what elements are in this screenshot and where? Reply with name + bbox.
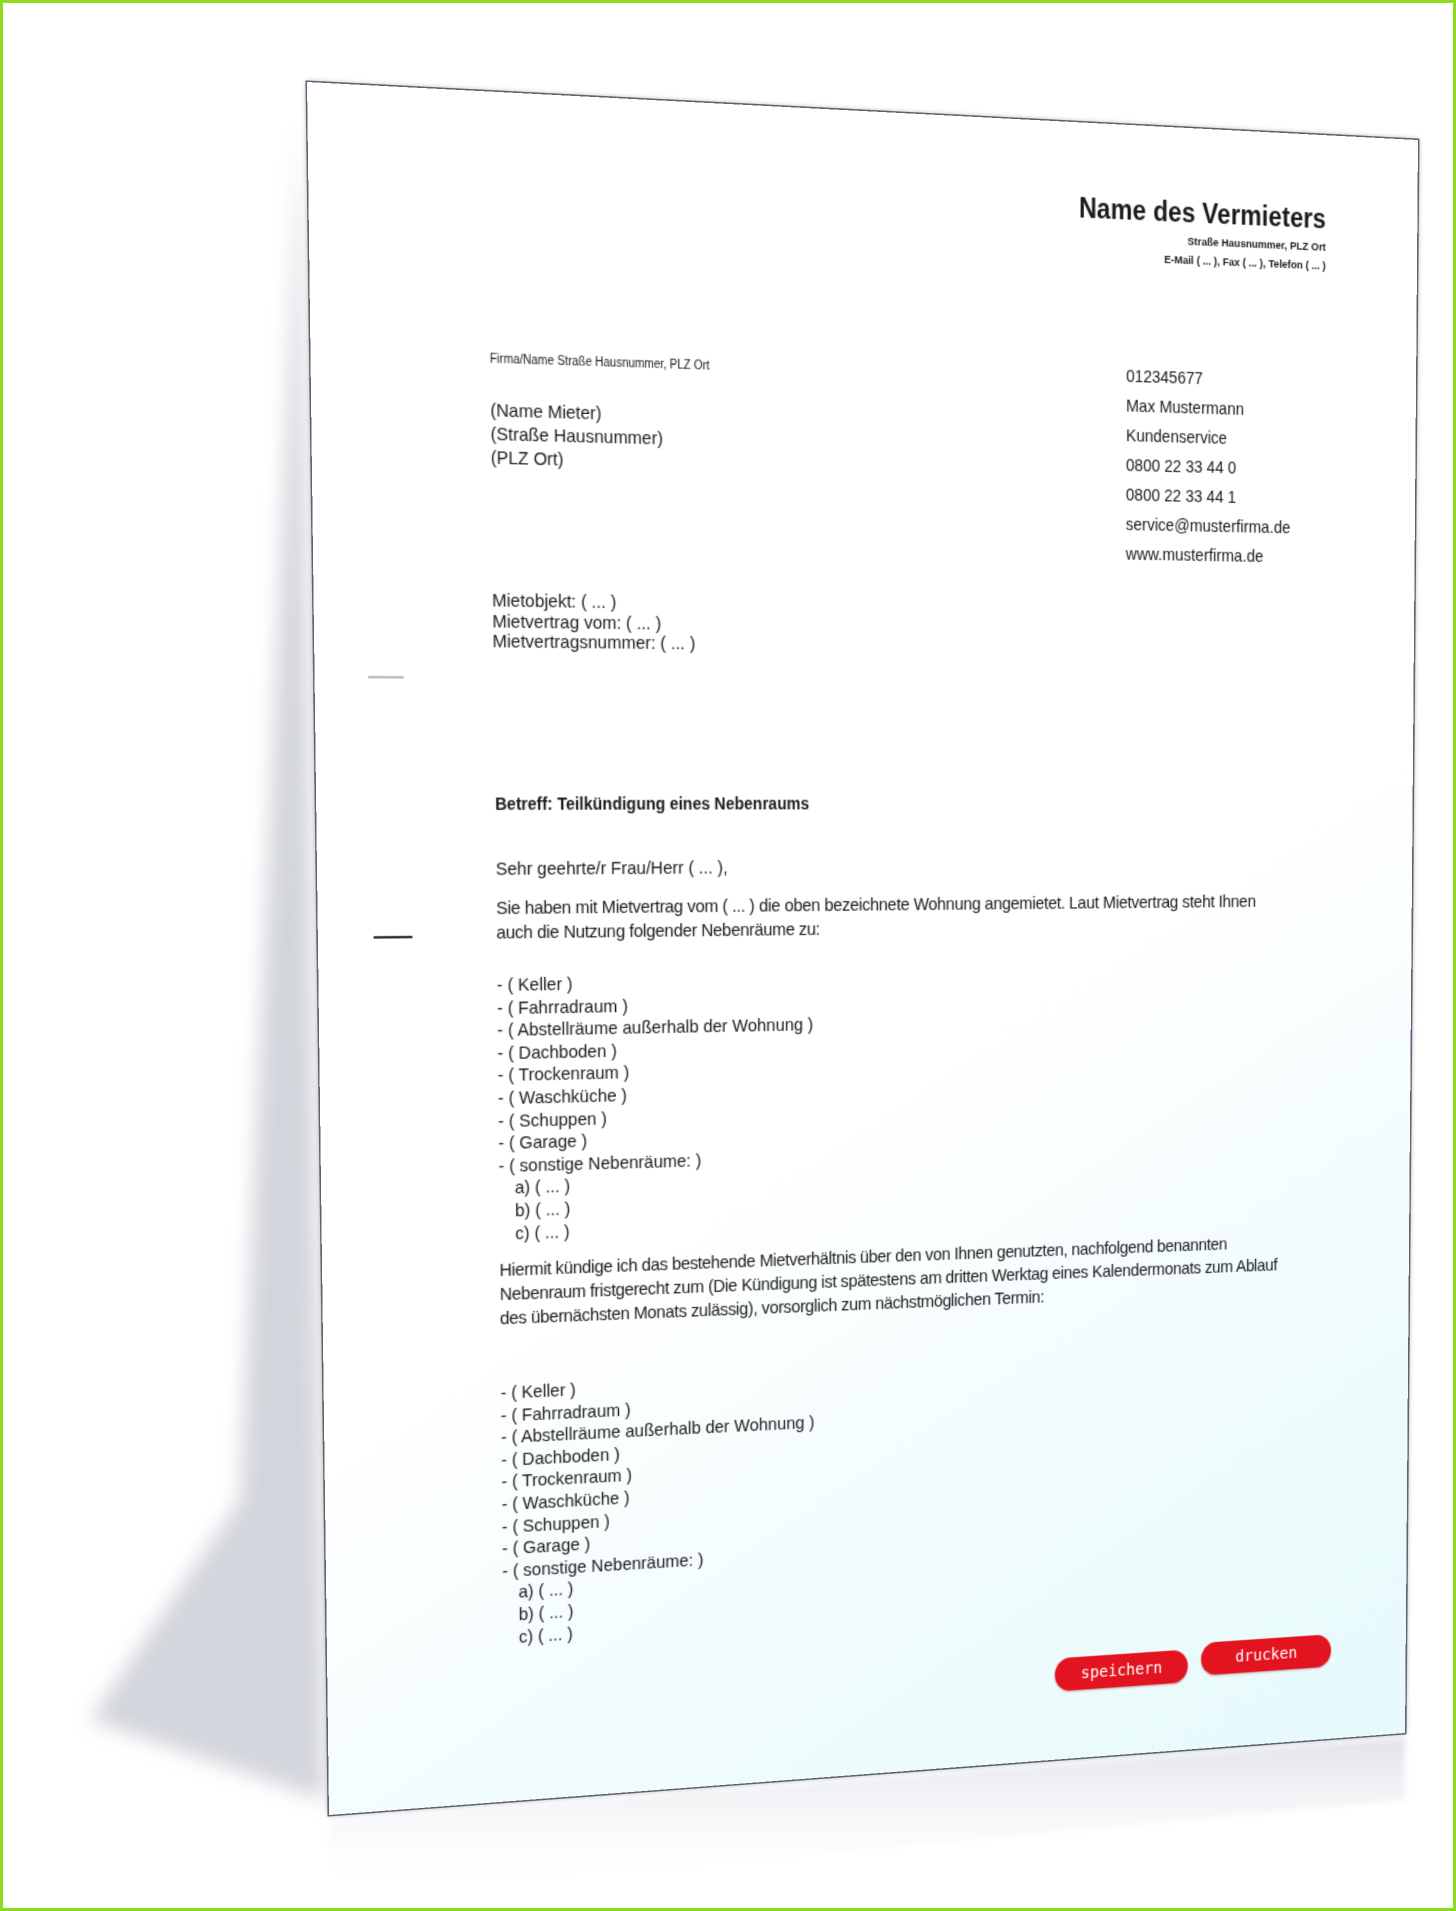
punch-mark: [374, 936, 413, 939]
contact-fax: 0800 22 33 44 1: [1126, 481, 1291, 514]
print-button[interactable]: drucken: [1201, 1634, 1331, 1675]
landlord-address: Straße Hausnummer, PLZ Ort: [1187, 235, 1325, 254]
contact-email: service@musterfirma.de: [1126, 511, 1291, 544]
recipient-address: (Name Mieter) (Straße Hausnummer) (PLZ O…: [490, 399, 663, 474]
contact-block: 012345677 Max Mustermann Kundenservice 0…: [1126, 363, 1292, 573]
contact-phone: 0800 22 33 44 0: [1126, 452, 1291, 486]
recipient-city: (PLZ Ort): [491, 446, 663, 474]
rooms-list-rented: - ( Keller ) - ( Fahrradraum ) - ( Abste…: [497, 971, 814, 1246]
rooms-list-terminated: - ( Keller ) - ( Fahrradraum ) - ( Abste…: [501, 1369, 816, 1650]
termination-paragraph: Hiermit kündige ich das bestehende Mietv…: [499, 1232, 1279, 1332]
landlord-name: Name des Vermieters: [1079, 192, 1326, 235]
subject-line: Betreff: Teilkündigung eines Nebenraums: [495, 794, 809, 814]
landlord-contact: E-Mail ( ... ), Fax ( ... ), Telefon ( .…: [1164, 253, 1326, 273]
return-address: Firma/Name Straße Hausnummer, PLZ Ort: [490, 353, 710, 374]
contact-website: www.musterfirma.de: [1126, 541, 1291, 573]
contact-department: Kundenservice: [1126, 422, 1291, 456]
intro-paragraph: Sie haben mit Mietvertrag vom ( ... ) di…: [496, 890, 1282, 945]
salutation: Sehr geehrte/r Frau/Herr ( ... ),: [496, 858, 728, 880]
contact-person: Max Mustermann: [1126, 392, 1291, 426]
reference-block: Mietobjekt: ( ... ) Mietvertrag vom: ( .…: [492, 592, 695, 655]
save-button[interactable]: speichern: [1055, 1649, 1188, 1691]
ref-contract-number: Mietvertragsnummer: ( ... ): [492, 632, 695, 654]
document-page: Name des Vermieters Straße Hausnummer, P…: [307, 82, 1418, 1815]
fold-mark: [368, 676, 404, 678]
